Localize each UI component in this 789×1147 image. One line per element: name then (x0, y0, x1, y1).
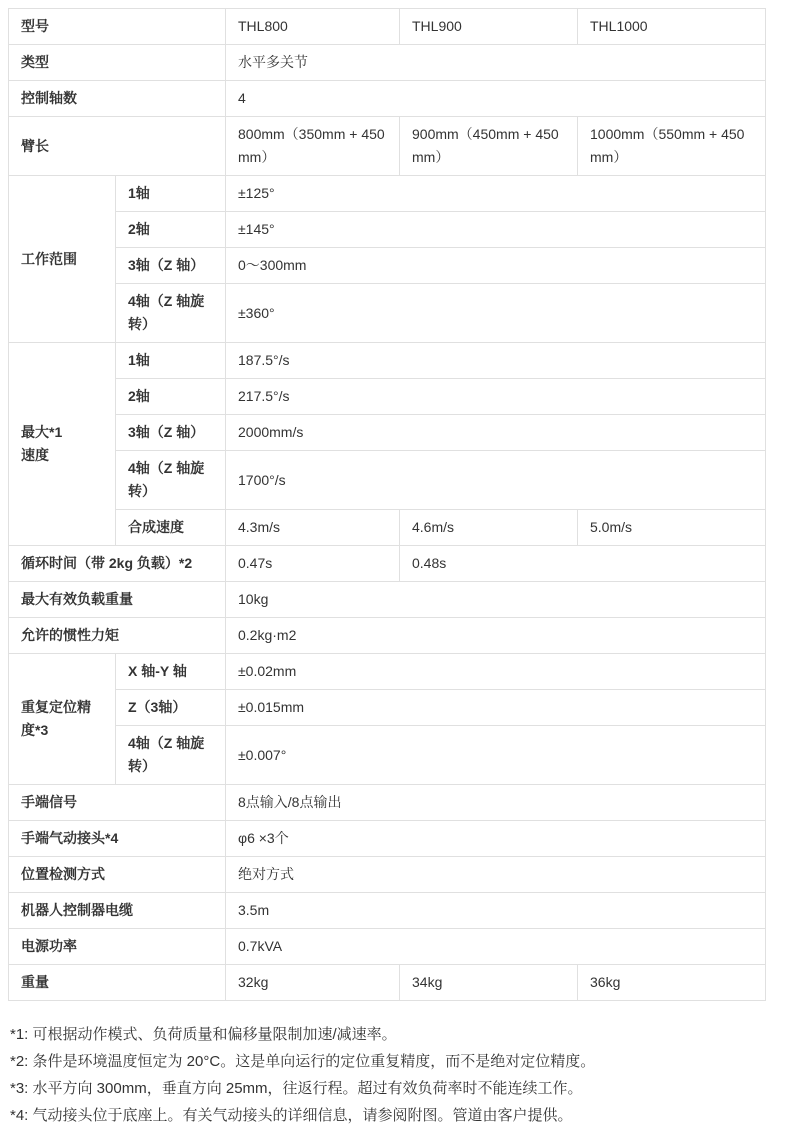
composite-speed-thl1000: 5.0m/s (578, 510, 766, 546)
work-range-axis4-value: ±360° (226, 284, 766, 343)
row-axes: 控制轴数 4 (9, 81, 766, 117)
footnote-1: *1: 可根据动作模式、负荷质量和偏移量限制加速/减速率。 (10, 1021, 789, 1048)
row-work-range-axis2: 2轴 ±145° (9, 212, 766, 248)
repeatability-axis4-value: ±0.007° (226, 726, 766, 785)
work-range-axis4-label: 4轴（Z 轴旋转） (116, 284, 226, 343)
pneumatic-label: 手端气动接头*4 (9, 821, 226, 857)
row-max-speed-axis3: 3轴（Z 轴） 2000mm/s (9, 415, 766, 451)
controller-cable-label: 机器人控制器电缆 (9, 893, 226, 929)
payload-label: 最大有效负载重量 (9, 582, 226, 618)
max-speed-axis1-label: 1轴 (116, 343, 226, 379)
row-cycle-time: 循环时间（带 2kg 负载）*2 0.47s 0.48s (9, 546, 766, 582)
pneumatic-value: φ6 ×3个 (226, 821, 766, 857)
spec-table: 型号 THL800 THL900 THL1000 类型 水平多关节 控制轴数 4… (8, 8, 766, 1001)
composite-speed-thl800: 4.3m/s (226, 510, 400, 546)
repeatability-xy-value: ±0.02mm (226, 654, 766, 690)
power-value: 0.7kVA (226, 929, 766, 965)
row-repeatability-axis4: 4轴（Z 轴旋转） ±0.007° (9, 726, 766, 785)
row-max-speed-axis2: 2轴 217.5°/s (9, 379, 766, 415)
row-power: 电源功率 0.7kVA (9, 929, 766, 965)
composite-speed-label: 合成速度 (116, 510, 226, 546)
arm-value-thl900: 900mm（450mm + 450 mm） (400, 117, 578, 176)
max-speed-axis2-value: 217.5°/s (226, 379, 766, 415)
max-speed-axis3-label: 3轴（Z 轴） (116, 415, 226, 451)
model-value-thl900: THL900 (400, 9, 578, 45)
row-controller-cable: 机器人控制器电缆 3.5m (9, 893, 766, 929)
repeatability-z-label: Z（3轴） (116, 690, 226, 726)
max-speed-axis3-value: 2000mm/s (226, 415, 766, 451)
work-range-group-label: 工作范围 (9, 176, 116, 343)
footnote-3: *3: 水平方向 300mm，垂直方向 25mm，往返行程。超过有效负荷率时不能… (10, 1075, 789, 1102)
weight-thl1000: 36kg (578, 965, 766, 1001)
arm-value-thl1000: 1000mm（550mm + 450 mm） (578, 117, 766, 176)
row-inertia: 允许的惯性力矩 0.2kg·m2 (9, 618, 766, 654)
row-composite-speed: 合成速度 4.3m/s 4.6m/s 5.0m/s (9, 510, 766, 546)
row-position-detection: 位置检测方式 绝对方式 (9, 857, 766, 893)
cycle-time-thl800: 0.47s (226, 546, 400, 582)
payload-value: 10kg (226, 582, 766, 618)
position-detection-value: 绝对方式 (226, 857, 766, 893)
row-work-range-axis1: 工作范围 1轴 ±125° (9, 176, 766, 212)
work-range-axis2-value: ±145° (226, 212, 766, 248)
weight-label: 重量 (9, 965, 226, 1001)
max-speed-axis4-value: 1700°/s (226, 451, 766, 510)
repeatability-z-value: ±0.015mm (226, 690, 766, 726)
weight-thl900: 34kg (400, 965, 578, 1001)
repeatability-xy-label: X 轴-Y 轴 (116, 654, 226, 690)
inertia-label: 允许的惯性力矩 (9, 618, 226, 654)
work-range-axis2-label: 2轴 (116, 212, 226, 248)
row-weight: 重量 32kg 34kg 36kg (9, 965, 766, 1001)
row-max-speed-axis4: 4轴（Z 轴旋转） 1700°/s (9, 451, 766, 510)
type-value: 水平多关节 (226, 45, 766, 81)
inertia-value: 0.2kg·m2 (226, 618, 766, 654)
row-work-range-axis3: 3轴（Z 轴） 0～300mm (9, 248, 766, 284)
footnote-2: *2: 条件是环境温度恒定为 20°C。这是单向运行的定位重复精度，而不是绝对定… (10, 1048, 789, 1075)
type-label: 类型 (9, 45, 226, 81)
max-speed-axis1-value: 187.5°/s (226, 343, 766, 379)
arm-label: 臂长 (9, 117, 226, 176)
row-arm-length: 臂长 800mm（350mm + 450 mm） 900mm（450mm + 4… (9, 117, 766, 176)
row-payload: 最大有效负载重量 10kg (9, 582, 766, 618)
work-range-axis1-value: ±125° (226, 176, 766, 212)
row-repeatability-xy: 重复定位精度*3 X 轴-Y 轴 ±0.02mm (9, 654, 766, 690)
model-label: 型号 (9, 9, 226, 45)
axes-label: 控制轴数 (9, 81, 226, 117)
row-repeatability-z: Z（3轴） ±0.015mm (9, 690, 766, 726)
max-speed-group-label: 最大*1 速度 (9, 343, 116, 546)
controller-cable-value: 3.5m (226, 893, 766, 929)
work-range-axis1-label: 1轴 (116, 176, 226, 212)
weight-thl800: 32kg (226, 965, 400, 1001)
model-value-thl1000: THL1000 (578, 9, 766, 45)
row-work-range-axis4: 4轴（Z 轴旋转） ±360° (9, 284, 766, 343)
row-pneumatic: 手端气动接头*4 φ6 ×3个 (9, 821, 766, 857)
position-detection-label: 位置检测方式 (9, 857, 226, 893)
work-range-axis3-value: 0～300mm (226, 248, 766, 284)
cycle-time-label: 循环时间（带 2kg 负载）*2 (9, 546, 226, 582)
footnote-4: *4: 气动接头位于底座上。有关气动接头的详细信息，请参阅附图。管道由客户提供。 (10, 1102, 789, 1129)
model-value-thl800: THL800 (226, 9, 400, 45)
composite-speed-thl900: 4.6m/s (400, 510, 578, 546)
power-label: 电源功率 (9, 929, 226, 965)
hand-signal-label: 手端信号 (9, 785, 226, 821)
row-type: 类型 水平多关节 (9, 45, 766, 81)
hand-signal-value: 8点输入/8点输出 (226, 785, 766, 821)
footnotes: *1: 可根据动作模式、负荷质量和偏移量限制加速/减速率。 *2: 条件是环境温… (8, 1021, 789, 1129)
repeatability-axis4-label: 4轴（Z 轴旋转） (116, 726, 226, 785)
row-hand-signal: 手端信号 8点输入/8点输出 (9, 785, 766, 821)
cycle-time-thl900-1000: 0.48s (400, 546, 766, 582)
max-speed-axis4-label: 4轴（Z 轴旋转） (116, 451, 226, 510)
repeatability-group-label: 重复定位精度*3 (9, 654, 116, 785)
max-speed-axis2-label: 2轴 (116, 379, 226, 415)
row-max-speed-axis1: 最大*1 速度 1轴 187.5°/s (9, 343, 766, 379)
axes-value: 4 (226, 81, 766, 117)
work-range-axis3-label: 3轴（Z 轴） (116, 248, 226, 284)
arm-value-thl800: 800mm（350mm + 450 mm） (226, 117, 400, 176)
row-model: 型号 THL800 THL900 THL1000 (9, 9, 766, 45)
